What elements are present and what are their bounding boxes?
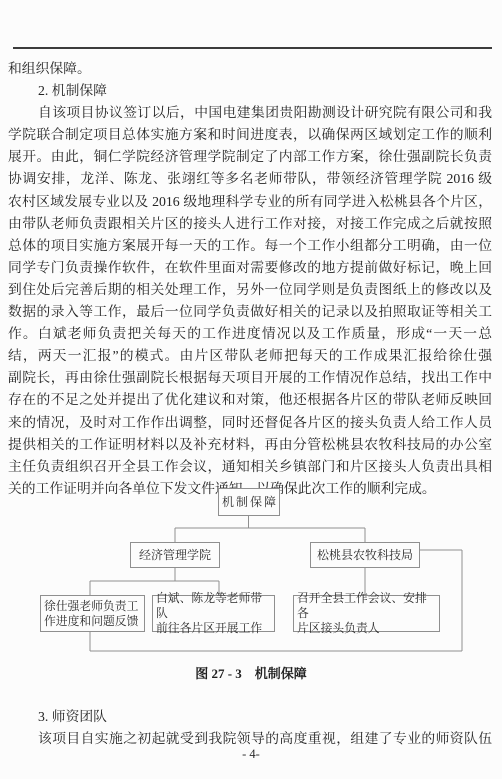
header-rule [13, 47, 492, 49]
text-line: 同学专门负责操作软件，在软件里面对需要修改的地方提前做好标记，晚上回 [8, 257, 492, 279]
text-line: 结，两天一汇报”的模式。由片区带队老师把每天的工作成果汇报给徐仕强 [8, 345, 492, 367]
section-heading-3: 3. 师资团队 [38, 706, 488, 728]
text-line: 到住处后完善后期的相关处理工作，另外一位同学则是负责图纸上的修改以及 [8, 279, 492, 301]
flowchart-box-root: 机制保障 [218, 488, 280, 516]
document-page: 和组织保障。 2. 机制保障 自该项目协议签订以后，中国电建集团贵阳勘测设计研究… [0, 0, 502, 779]
section-heading-2: 2. 机制保障 [8, 80, 492, 102]
text-line: 主任负责组织召开全县工作会议，通知相关乡镇部门和片区接头人负责出具相 [8, 456, 492, 478]
text-line: 由带队老师负责跟相关片区的接头人进行工作对接，对接工作完成之后就按照 [8, 213, 492, 235]
mechanism-flowchart: 机制保障 经济管理学院 松桃县农牧科技局 徐仕强老师负责工 作进度和问题反馈 白… [0, 480, 502, 660]
flowchart-box-economics-school: 经济管理学院 [130, 542, 220, 568]
text-line: 来的情况，及时对工作作出调整，同时还督促各片区的接头负责人给工作人员 [8, 412, 492, 434]
text-line: 总体的项目实施方案展开每一天的工作。每一个工作小组都分工明确，由一位 [8, 235, 492, 257]
flowchart-box-county-meeting: 召开全县工作会议、安排各 片区接头负责人 [293, 595, 440, 632]
text-line: 协调安排，龙洋、陈龙、张翊红等多名老师带队，带领经济管理学院 2016 级 [8, 168, 492, 190]
flowchart-box-progress-feedback: 徐仕强老师负责工 作进度和问题反馈 [40, 595, 145, 632]
text-line: 学院联合制定项目总体实施方案和时间进度表，以确保两区域划定工作的顺利 [8, 124, 492, 146]
text-line: 自该项目协议签订以后，中国电建集团贵阳勘测设计研究院有限公司和我 [8, 102, 492, 124]
text-line: 展开。由此，铜仁学院经济管理学院制定了内部工作方案，徐仕强副院长负责 [8, 146, 492, 168]
text-line: 数据的录入等工作，最后一位同学负责做好相关的记录以及拍照取证等相关工 [8, 301, 492, 323]
page-number: - 4- [0, 747, 502, 762]
figure-caption: 图 27 - 3 机制保障 [0, 663, 502, 682]
text-line: 和组织保障。 [8, 58, 492, 80]
body-paragraphs: 和组织保障。 2. 机制保障 自该项目协议签订以后，中国电建集团贵阳勘测设计研究… [8, 58, 492, 500]
text-line: 农村区域发展专业以及 2016 级地理科学专业的所有同学进入松桃县各个片区， [8, 191, 492, 213]
flowchart-box-teachers-lead: 白斌、陈龙等老师带队 前往各片区开展工作 [152, 595, 275, 632]
text-line: 副院长，再由徐仕强副院长根据每天项目开展的工作情况作总结，找出工作中 [8, 367, 492, 389]
text-line: 提供相关的工作证明材料以及补充材料，再由分管松桃县农牧科技局的办公室 [8, 434, 492, 456]
flowchart-box-songtao-bureau: 松桃县农牧科技局 [310, 542, 420, 568]
text-line: 作。白斌老师负责把关每天的工作进度情况以及工作质量，形成“一天一总 [8, 323, 492, 345]
text-line: 存在的不足之处并提出了优化建议和对策，他还根据各片区的带队老师反映回 [8, 389, 492, 411]
